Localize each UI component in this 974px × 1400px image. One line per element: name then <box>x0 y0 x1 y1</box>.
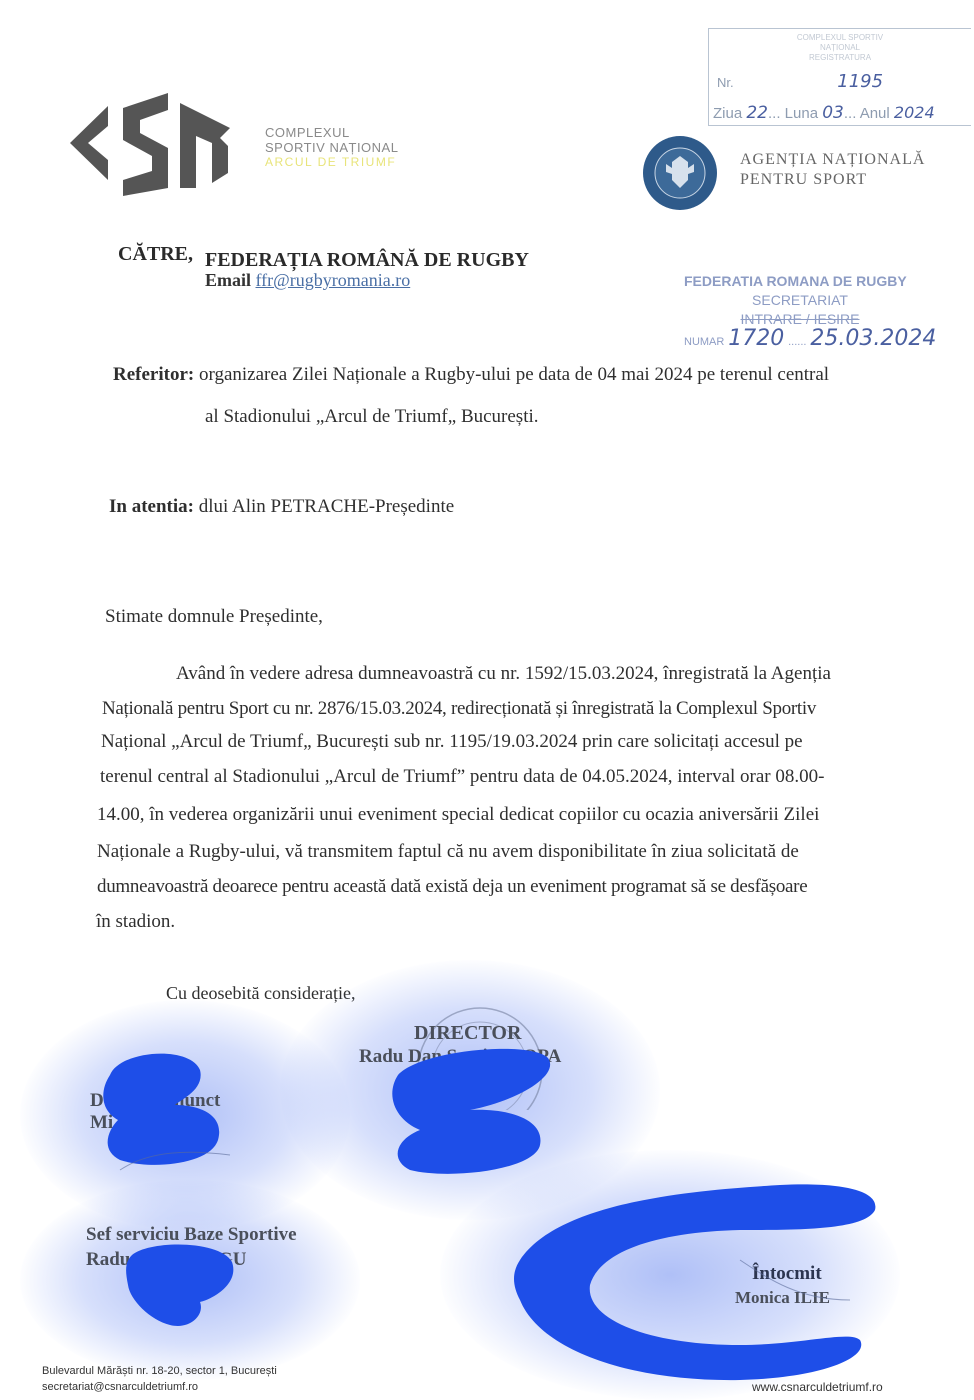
body-line-3: Național „Arcul de Triumf„ București sub… <box>101 732 803 751</box>
secretariat-number-label: NUMAR <box>684 336 724 348</box>
deputy-name: Mi <box>90 1112 113 1134</box>
redaction-blur <box>20 1180 360 1380</box>
to-label: CĂTRE, <box>118 243 193 266</box>
secretariat-line-2: SECRETARIAT <box>684 291 916 310</box>
org-line-3: ARCUL DE TRIUMF <box>265 155 398 170</box>
deputy-title: D Adiunct <box>90 1090 220 1112</box>
salutation: Stimate domnule Președinte, <box>105 607 323 626</box>
secretariat-number-value: 1720 <box>728 326 784 351</box>
reg-number-label: Nr. <box>717 75 734 90</box>
org-line-2: SPORTIV NAȚIONAL <box>265 140 398 155</box>
footer-website[interactable]: www.csnarculdetriumf.ro <box>752 1380 883 1394</box>
body-line-2: Națională pentru Sport cu nr. 2876/15.03… <box>102 699 816 718</box>
footer-contact: Bulevardul Mărăști nr. 18-20, sector 1, … <box>42 1363 277 1395</box>
body-line-8: în stadion. <box>96 912 175 931</box>
director-name: Radu Dan Septim OPA <box>359 1046 561 1068</box>
recipient-email-link[interactable]: ffr@rugbyromania.ro <box>256 270 411 290</box>
attention-label: In atentia: <box>109 496 194 517</box>
footer-address: Bulevardul Mărăști nr. 18-20, sector 1, … <box>42 1363 277 1379</box>
body-line-5: 14.00, în vederea organizării unui eveni… <box>97 805 819 824</box>
subject-line-1: Referitor: organizarea Zilei Naționale a… <box>113 365 829 384</box>
reg-year-label: Anul <box>860 105 890 122</box>
secretariat-date-value: 25.03.2024 <box>810 326 936 351</box>
secretariat-stamp: FEDERATIA ROMANA DE RUGBY SECRETARIAT IN… <box>684 272 936 352</box>
reg-month-value: 03 <box>822 103 844 123</box>
body-line-7: dumneavoastră deoarece pentru această da… <box>97 877 807 896</box>
attention-value: dlui Alin PETRACHE-Președinte <box>199 496 454 517</box>
service-name: Radu NEAGU <box>86 1249 246 1271</box>
agency-name: AGENȚIA NAȚIONALĂ PENTRU SPORT <box>740 150 925 190</box>
subject-label: Referitor: <box>113 364 194 385</box>
redaction-blur <box>440 1150 900 1400</box>
registration-stamp: COMPLEXUL SPORTIV NAȚIONAL REGISTRATURA … <box>708 28 971 126</box>
reg-day-label: Ziua <box>713 105 742 122</box>
service-title: Sef serviciu Baze Sportive <box>86 1224 297 1246</box>
reg-day-value: 22 <box>746 103 768 123</box>
reg-month-label: Luna <box>785 105 818 122</box>
footer-email[interactable]: secretariat@csnarculdetriumf.ro <box>42 1379 277 1395</box>
attention-line: In atentia: dlui Alin PETRACHE-Președint… <box>109 497 454 516</box>
agency-line-2: PENTRU SPORT <box>740 170 925 190</box>
subject-line-2: al Stadionului „Arcul de Triumf„ Bucureș… <box>205 407 539 426</box>
body-line-4: terenul central al Stadionului „Arcul de… <box>100 767 824 786</box>
director-title: DIRECTOR <box>414 1022 521 1045</box>
subject-text-1: organizarea Zilei Naționale a Rugby-ului… <box>199 364 829 385</box>
reg-year-value: 2024 <box>894 103 935 122</box>
organization-name: COMPLEXUL SPORTIV NAȚIONAL ARCUL DE TRIU… <box>265 125 398 170</box>
agency-line-1: AGENȚIA NAȚIONALĂ <box>740 150 925 170</box>
recipient-email-line: Email ffr@rugbyromania.ro <box>205 270 410 291</box>
csn-logo <box>68 88 236 198</box>
prepared-title: Întocmit <box>752 1263 822 1285</box>
email-label: Email <box>205 270 251 290</box>
recipient-organization: FEDERAȚIA ROMÂNĂ DE RUGBY <box>205 249 529 272</box>
org-line-1: COMPLEXUL <box>265 125 398 140</box>
government-seal-icon <box>636 134 724 212</box>
prepared-name: Monica ILIE <box>735 1288 830 1308</box>
body-line-6: Naționale a Rugby-ului, vă transmitem fa… <box>97 842 799 861</box>
body-line-1: Având în vedere adresa dumneavoastră cu … <box>176 664 831 683</box>
secretariat-line-1: FEDERATIA ROMANA DE RUGBY <box>684 272 936 291</box>
reg-number-value: 1195 <box>837 71 883 92</box>
